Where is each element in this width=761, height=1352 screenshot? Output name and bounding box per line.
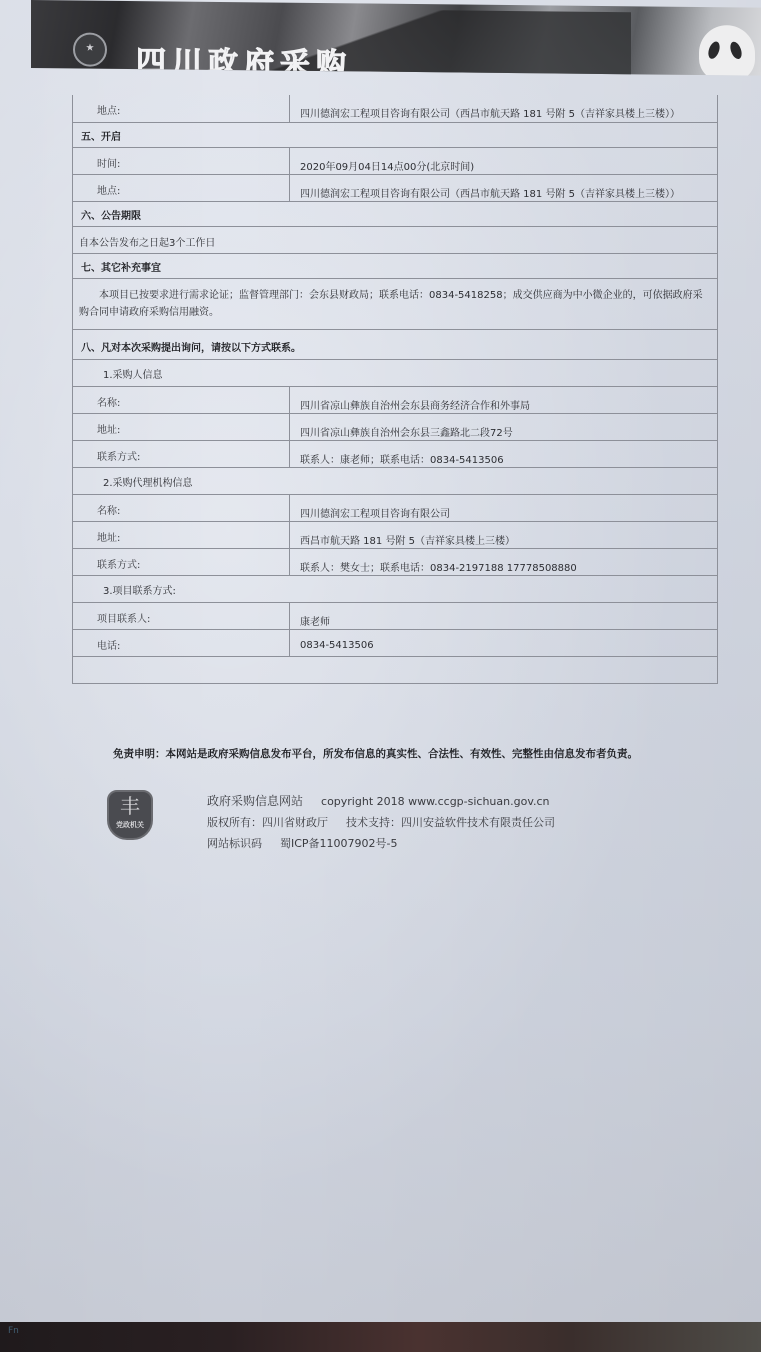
purchaser-name-value: 四川省凉山彝族自治州会东县商务经济合作和外事局 [290, 387, 717, 413]
subheading-row: 1.采购人信息 [73, 359, 717, 386]
other-text: 本项目已按要求进行需求论证；监督管理部门：会东县财政局；联系电话：0834-54… [73, 279, 717, 329]
disclaimer-text: 免责申明：本网站是政府采购信息发布平台，所发布信息的真实性、合法性、有效性、完整… [113, 746, 638, 761]
project-contact-value: 康老师 [290, 603, 717, 629]
fn-key-label: Fn [8, 1326, 19, 1336]
opening-location-value: 四川德润宏工程项目咨询有限公司（西昌市航天路 181 号附 5（吉祥家具楼上三楼… [290, 175, 717, 201]
panda-icon [699, 25, 755, 76]
table-row: 地点: 四川德润宏工程项目咨询有限公司（西昌市航天路 181 号附 5（吉祥家具… [73, 95, 717, 122]
footer-icp-label: 网站标识码 [207, 837, 262, 850]
prev-location-value: 四川德润宏工程项目咨询有限公司（西昌市航天路 181 号附 5（吉祥家具楼上三楼… [290, 95, 717, 122]
table-row: 名称: 四川省凉山彝族自治州会东县商务经济合作和外事局 [73, 386, 717, 413]
purchaser-name-label: 名称: [73, 387, 290, 413]
project-heading: 3.项目联系方式: [73, 576, 176, 602]
section-title: 八、凡对本次采购提出询问，请按以下方式联系。 [73, 330, 301, 359]
agency-address-label: 地址: [73, 522, 290, 548]
table-row: 项目联系人: 康老师 [73, 602, 717, 629]
opening-location-label: 地点: [73, 175, 290, 201]
agency-name-value: 四川德润宏工程项目咨询有限公司 [290, 495, 717, 521]
purchaser-address-value: 四川省凉山彝族自治州会东县三鑫路北二段72号 [290, 414, 717, 440]
section-other: 七、其它补充事宜 [73, 253, 717, 278]
logo-glyph: 丰 [109, 792, 151, 820]
subheading-row: 2.采购代理机构信息 [73, 467, 717, 494]
table-row: 自本公告发布之日起3个工作日 [73, 226, 717, 253]
purchaser-contact-value: 联系人：康老师；联系电话：0834-5413506 [290, 441, 717, 467]
opening-time-label: 时间: [73, 148, 290, 174]
table-row: 联系方式: 联系人：康老师；联系电话：0834-5413506 [73, 440, 717, 467]
table-row: 时间: 2020年09月04日14点00分(北京时间) [73, 147, 717, 174]
section-period: 六、公告期限 [73, 201, 717, 226]
project-phone-label: 电话: [73, 630, 290, 656]
agency-address-value: 西昌市航天路 181 号附 5（吉祥家具楼上三楼） [290, 522, 717, 548]
opening-time-value: 2020年09月04日14点00分(北京时间) [290, 148, 717, 174]
table-row: 地址: 四川省凉山彝族自治州会东县三鑫路北二段72号 [73, 413, 717, 440]
empty-row [73, 656, 717, 683]
project-phone-value: 0834-5413506 [290, 630, 717, 656]
footer-icp-link[interactable]: 蜀ICP备11007902号-5 [280, 837, 398, 850]
agency-contact-value: 联系人：樊女士；联系电话：0834-2197188 17778508880 [290, 549, 717, 575]
footer-support: 技术支持：四川安益软件技术有限责任公司 [346, 816, 555, 829]
section-title: 七、其它补充事宜 [73, 254, 161, 278]
section-contact: 八、凡对本次采购提出询问，请按以下方式联系。 [73, 329, 717, 359]
footer-line-1: 政府采购信息网站copyright 2018 www.ccgp-sichuan.… [207, 791, 555, 812]
table-row: 地址: 西昌市航天路 181 号附 5（吉祥家具楼上三楼） [73, 521, 717, 548]
table-row: 地点: 四川德润宏工程项目咨询有限公司（西昌市航天路 181 号附 5（吉祥家具… [73, 174, 717, 201]
footer-info: 政府采购信息网站copyright 2018 www.ccgp-sichuan.… [207, 791, 555, 854]
purchaser-address-label: 地址: [73, 414, 290, 440]
footer-copyright-link[interactable]: copyright 2018 www.ccgp-sichuan.gov.cn [321, 795, 549, 808]
footer-line-2: 版权所有：四川省财政厅技术支持：四川安益软件技术有限责任公司 [207, 812, 555, 833]
footer-site-name: 政府采购信息网站 [207, 794, 303, 808]
agency-name-label: 名称: [73, 495, 290, 521]
section-title: 五、开启 [73, 123, 121, 147]
national-emblem-icon: ★ [73, 32, 107, 66]
table-row: 本项目已按要求进行需求论证；监督管理部门：会东县财政局；联系电话：0834-54… [73, 278, 717, 329]
logo-caption: 党政机关 [109, 820, 151, 830]
table-row: 名称: 四川德润宏工程项目咨询有限公司 [73, 494, 717, 521]
table-row: 电话: 0834-5413506 [73, 629, 717, 656]
header-banner: ★ 四川政府采购 [31, 0, 761, 76]
section-opening: 五、开启 [73, 122, 717, 147]
announcement-table: 地点: 四川德润宏工程项目咨询有限公司（西昌市航天路 181 号附 5（吉祥家具… [72, 95, 718, 684]
footer-line-3: 网站标识码蜀ICP备11007902号-5 [207, 833, 555, 854]
party-government-logo-icon[interactable]: 丰 党政机关 [107, 790, 153, 840]
subheading-row: 3.项目联系方式: [73, 575, 717, 602]
agency-contact-label: 联系方式: [73, 549, 290, 575]
purchaser-heading: 1.采购人信息 [73, 360, 163, 386]
project-contact-label: 项目联系人: [73, 603, 290, 629]
footer-owner: 版权所有：四川省财政厅 [207, 816, 328, 829]
section-title: 六、公告期限 [73, 202, 141, 226]
prev-location-label: 地点: [73, 95, 290, 122]
period-text: 自本公告发布之日起3个工作日 [73, 227, 215, 253]
desk-surface: Fn [0, 1322, 761, 1352]
table-row: 联系方式: 联系人：樊女士；联系电话：0834-2197188 17778508… [73, 548, 717, 575]
purchaser-contact-label: 联系方式: [73, 441, 290, 467]
agency-heading: 2.采购代理机构信息 [73, 468, 193, 494]
